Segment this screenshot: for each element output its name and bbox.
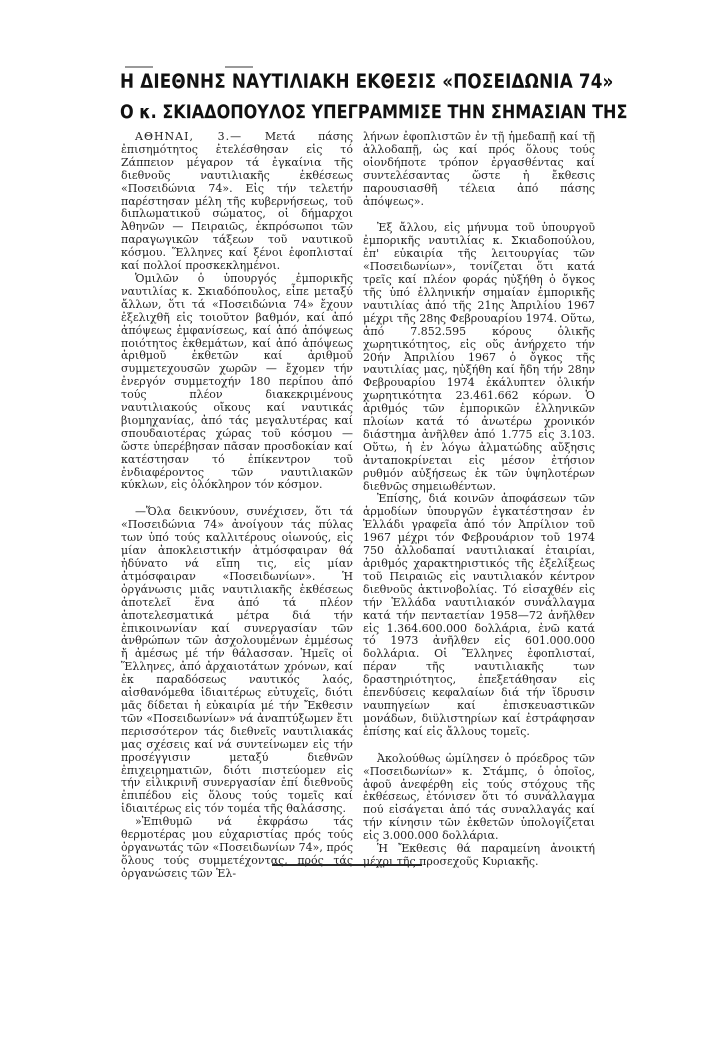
paragraph-7: Ἐπίσης, διά κοινῶν ἀποφάσεων τῶν ἁρμοδίω…	[363, 493, 595, 738]
paragraph-5: λήνων ἐφοπλιστῶν ἐν τῇ ἡμεδαπῇ καί τῇ ἀλ…	[363, 131, 595, 208]
paragraph-1: ΑΘΗΝΑΙ, 3.— Μετά πάσης ἐπισημότητος ἐτελ…	[121, 131, 353, 273]
dateline: ΑΘΗΝΑΙ, 3.—	[135, 130, 242, 143]
article-right-column: λήνων ἐφοπλιστῶν ἐν τῇ ἡμεδαπῇ καί τῇ ἀλ…	[363, 131, 595, 869]
top-rule-left	[125, 66, 153, 68]
article-left-column: ΑΘΗΝΑΙ, 3.— Μετά πάσης ἐπισημότητος ἐτελ…	[121, 131, 353, 881]
article-end-rule	[272, 864, 422, 866]
paragraph-1-text: Μετά πάσης ἐπισημότητος ἐτελέσθησαν εἰς …	[121, 130, 353, 272]
subheadline: Ο κ. ΣΚΙΑΔΟΠΟΥΛΟΣ ΥΠΕΓΡΑΜΜΙΣΕ ΤΗΝ ΣΗΜΑΣΙ…	[120, 101, 551, 123]
paragraph-6: Ἐξ ἄλλου, εἰς μήνυμα τοῦ ὑπουργοῦ ἐμπορι…	[363, 222, 595, 493]
paragraph-3: —Ὅλα δεικνύουν, συνέχισεν, ὅτι τά «Ποσει…	[121, 506, 353, 816]
paragraph-2: Ὁμιλῶν ὁ ὑπουργός ἐμπορικῆς ναυτιλίας κ.…	[121, 273, 353, 492]
paragraph-8: Ἀκολούθως ὡμίλησεν ὁ πρόεδρος τῶν «Ποσει…	[363, 753, 595, 843]
headline: Η ΔΙΕΘΝΗΣ ΝΑΥΤΙΛΙΑΚΗ ΕΚΘΕΣΙΣ «ΠΟΣΕΙΔΩΝΙΑ…	[120, 70, 541, 93]
paragraph-4: »Ἐπιθυμῶ νά ἐκφράσω τάς θερμοτέρας μου ε…	[121, 816, 353, 881]
top-rule-right	[225, 66, 253, 68]
